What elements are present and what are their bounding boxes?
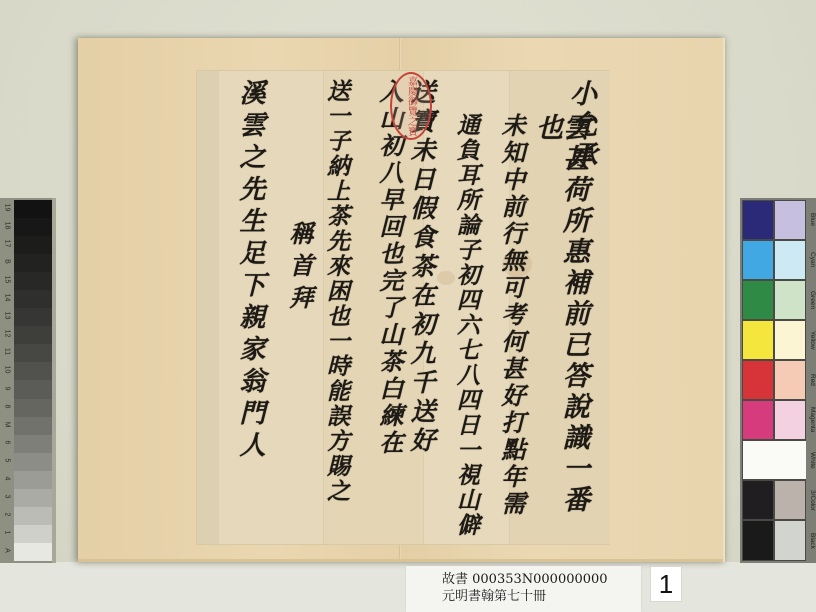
grayscale-calibration-card: 191817B15141312111098M654321A (0, 198, 52, 563)
color-row-3-color (742, 480, 806, 520)
grayscale-label: 1 (4, 525, 11, 539)
color-patch-strong (742, 200, 774, 240)
grayscale-card-edge (52, 198, 56, 563)
catalog-id: 故書 000353N000000000 (442, 571, 641, 588)
catalog-title: 元明書翰第七十冊 (442, 588, 641, 605)
letter-panel: 小允承 雲甚荷所惠補前已答說識一番也 未知中前行無可考何甚好打點年需 通負耳所論… (196, 70, 610, 545)
grayscale-label: 18 (4, 219, 11, 233)
letter-signature: 稱首拜 (287, 221, 311, 317)
grayscale-label: 4 (4, 471, 11, 485)
color-calibration-card: BlueCyanGreenYellowRedMagentaWhite3/Colo… (740, 198, 816, 563)
letter-column-4: 通負耳所論子初四六七八四日一視山僻 (455, 113, 478, 538)
page-number: 1 (650, 566, 682, 602)
grayscale-patch (14, 254, 52, 272)
color-label: Yellow (806, 324, 816, 356)
grayscale-label: 6 (4, 435, 11, 449)
color-patch-light (774, 400, 806, 440)
grayscale-label: 10 (4, 363, 11, 377)
grayscale-label: A (4, 543, 11, 557)
grayscale-label: 11 (4, 345, 11, 359)
grayscale-patch (14, 272, 52, 290)
grayscale-patch (14, 453, 52, 471)
grayscale-patch (14, 489, 52, 507)
grayscale-label: 2 (4, 507, 11, 521)
color-patch-strong (742, 240, 774, 280)
color-row-cyan (742, 240, 806, 280)
grayscale-patch (14, 290, 52, 308)
grayscale-patch (14, 344, 52, 362)
color-label: Green (806, 284, 816, 316)
letter-column-7: 送一子納上茶先來困也一時能誤方賜之 (325, 79, 348, 504)
grayscale-labels: 191817B15141312111098M654321A (0, 198, 14, 563)
color-patch-strong (742, 360, 774, 400)
album-bottom-edge (78, 559, 723, 562)
grayscale-patch (14, 543, 52, 561)
grayscale-patch (14, 525, 52, 543)
color-patch-light (774, 320, 806, 360)
grayscale-label: 14 (4, 291, 11, 305)
color-row-red (742, 360, 806, 400)
grayscale-patch (14, 218, 52, 236)
letter-column-9: 溪雲之先生足下親家翁門人 (237, 79, 263, 463)
grayscale-label: 3 (4, 489, 11, 503)
letter-column-6: 入山初八早回也完了山茶白練在 (377, 79, 401, 457)
color-patch-light (774, 240, 806, 280)
grayscale-patch (14, 399, 52, 417)
grayscale-patch (14, 435, 52, 453)
color-label: 3/Color (806, 484, 816, 516)
grayscale-patch (14, 507, 52, 525)
color-patch-light (774, 360, 806, 400)
color-row-black (742, 520, 806, 561)
grayscale-label: 5 (4, 453, 11, 467)
grayscale-label: M (4, 417, 11, 431)
color-patch-light (774, 280, 806, 320)
color-label: Blue (806, 204, 816, 236)
grayscale-patch (14, 200, 52, 218)
grayscale-label: 13 (4, 309, 11, 323)
grayscale-label: 8 (4, 399, 11, 413)
color-row-white (742, 440, 806, 480)
color-patch-strong (742, 280, 774, 320)
grayscale-patch (14, 236, 52, 254)
grayscale-label: 9 (4, 381, 11, 395)
color-row-yellow (742, 320, 806, 360)
color-patch-light (774, 480, 806, 520)
grayscale-label: 15 (4, 273, 11, 287)
catalog-label: 故書 000353N000000000 元明書翰第七十冊 (406, 566, 641, 612)
color-row-green (742, 280, 806, 320)
color-label: Red (806, 364, 816, 396)
color-patch-strong (742, 440, 806, 480)
imperial-seal: 嘉慶御覽之寶 (390, 72, 432, 140)
grayscale-patch (14, 380, 52, 398)
paper-segment (197, 71, 219, 544)
grayscale-patch (14, 417, 52, 435)
color-label: Black (806, 524, 816, 557)
color-patch-light (774, 200, 806, 240)
grayscale-patch (14, 326, 52, 344)
color-patch-strong (742, 320, 774, 360)
grayscale-patch (14, 362, 52, 380)
grayscale-label: 12 (4, 327, 11, 341)
letter-column-2: 雲甚荷所惠補前已答說識一番也 (533, 113, 587, 544)
grayscale-patch (14, 471, 52, 489)
grayscale-label: B (4, 255, 11, 269)
color-row-magenta (742, 400, 806, 440)
grayscale-label: 19 (4, 201, 11, 215)
grayscale-label: 17 (4, 237, 11, 251)
color-label: White (806, 444, 816, 476)
grayscale-patches (14, 200, 52, 561)
grayscale-patch (14, 308, 52, 326)
color-patch-strong (742, 400, 774, 440)
color-row-blue (742, 200, 806, 240)
letter-column-3: 未知中前行無可考何甚好打點年需 (499, 113, 523, 518)
color-label: Magenta (806, 404, 816, 436)
color-label: Cyan (806, 244, 816, 276)
color-patch-strong (742, 520, 774, 561)
color-patch-light (774, 520, 806, 561)
color-patch-strong (742, 480, 774, 520)
